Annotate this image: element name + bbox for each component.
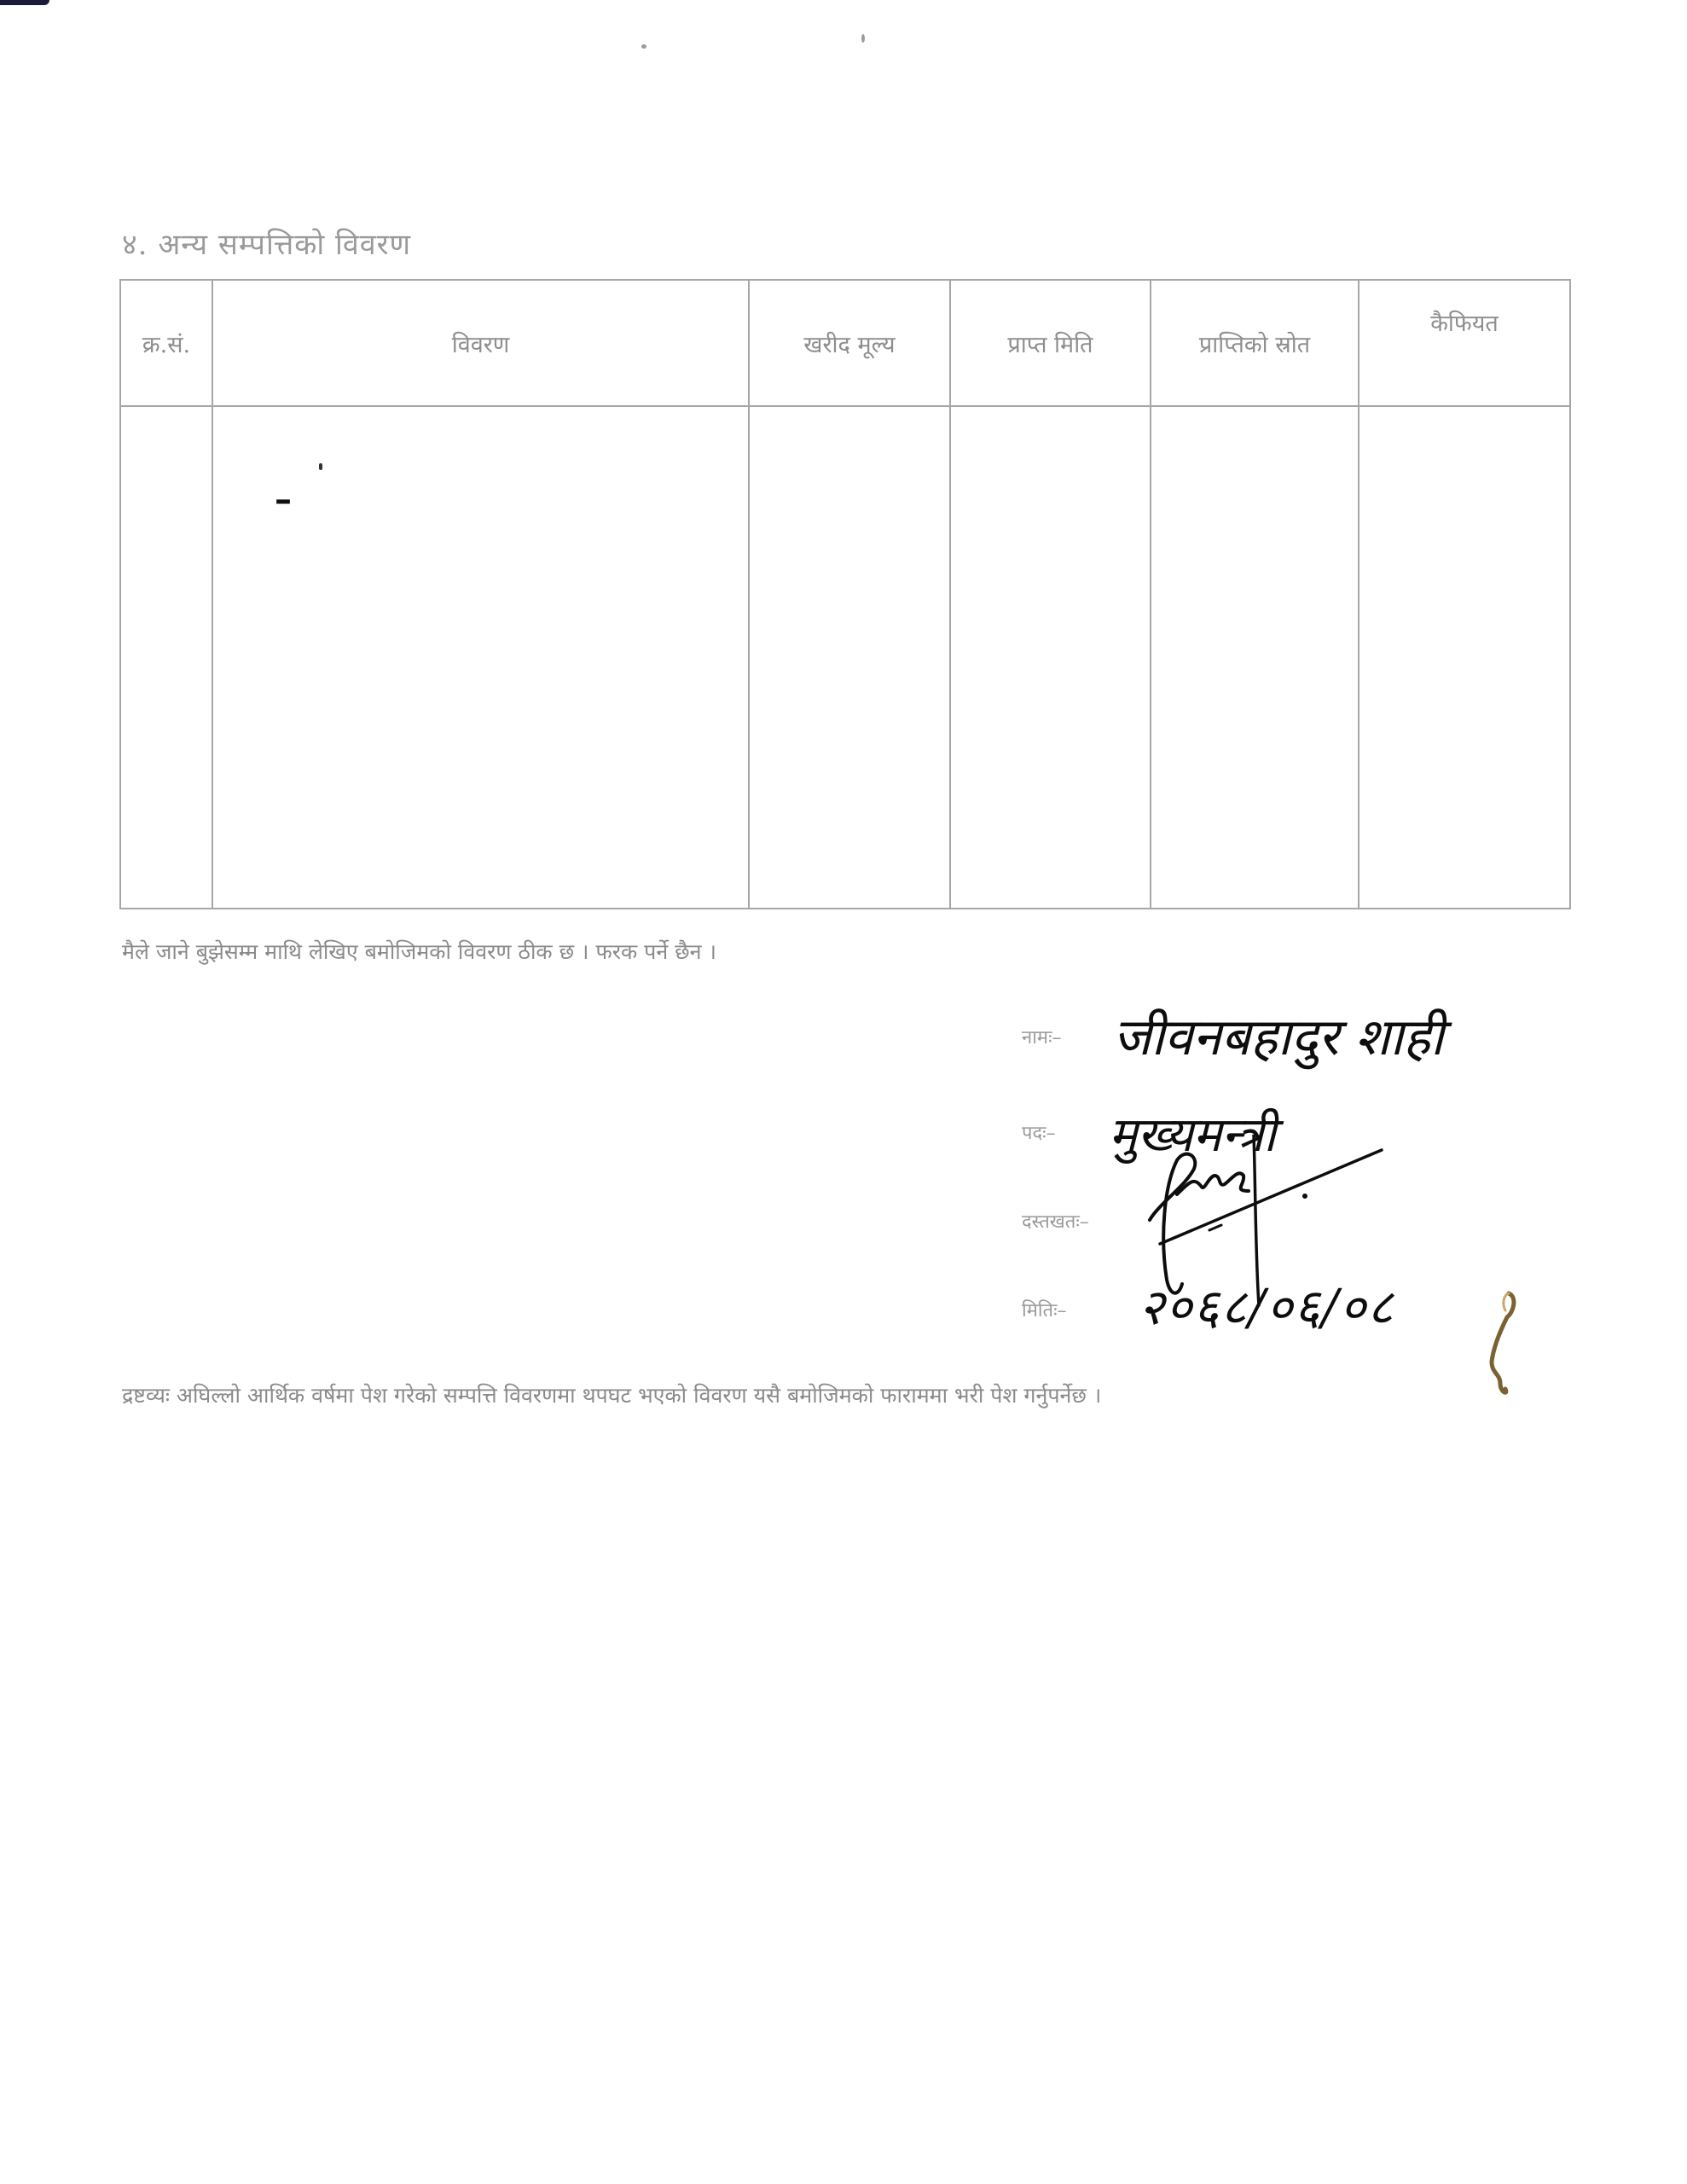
cell-description: – [212,406,749,909]
section-title-text: अन्य सम्पत्तिको विवरण [158,228,411,262]
date-label: मितिः– [1022,1297,1067,1322]
column-header-date-acquired: प्राप्त मिति [950,280,1151,406]
column-header-purchase-price: खरीद मूल्य [749,280,950,406]
handwritten-date: २०६८/०६/०८ [1139,1271,1394,1339]
staple-mark-icon [1480,1288,1522,1399]
section-number: ४. [122,228,148,262]
footnote-note: द्रष्टव्यः अघिल्लो आर्थिक वर्षमा पेश गरे… [122,1380,1101,1409]
cell-serial [120,406,212,909]
scan-speck [861,34,865,43]
column-header-remarks: कैफियत [1359,280,1570,406]
table-row: – [120,406,1570,909]
name-label: नामः– [1022,1024,1062,1049]
description-dash: – [275,480,292,520]
scan-corner-mark [0,0,49,5]
column-header-serial: क्र.सं. [120,280,212,406]
column-header-description: विवरण [212,280,749,406]
scan-speck [641,44,646,49]
table-header-row: क्र.सं. विवरण खरीद मूल्य प्राप्त मिति प्… [120,280,1570,406]
other-assets-table: क्र.सं. विवरण खरीद मूल्य प्राप्त मिति प्… [119,279,1571,909]
cell-purchase-price [749,406,950,909]
cell-remarks [1359,406,1570,909]
post-label: पदः– [1022,1119,1056,1145]
cell-date-acquired [950,406,1151,909]
ink-dot [319,463,322,470]
section-title: ४. अन्य सम्पत्तिको विवरण [122,224,411,263]
cell-source [1151,406,1359,909]
declaration-statement: मैले जाने बुझेसम्म माथि लेखिए बमोजिमको व… [122,937,716,966]
column-header-source: प्राप्तिको स्रोत [1151,280,1359,406]
handwritten-name: जीवनबहादुर शाही [1113,1000,1444,1070]
signature-label: दस्तखतः– [1022,1208,1089,1234]
